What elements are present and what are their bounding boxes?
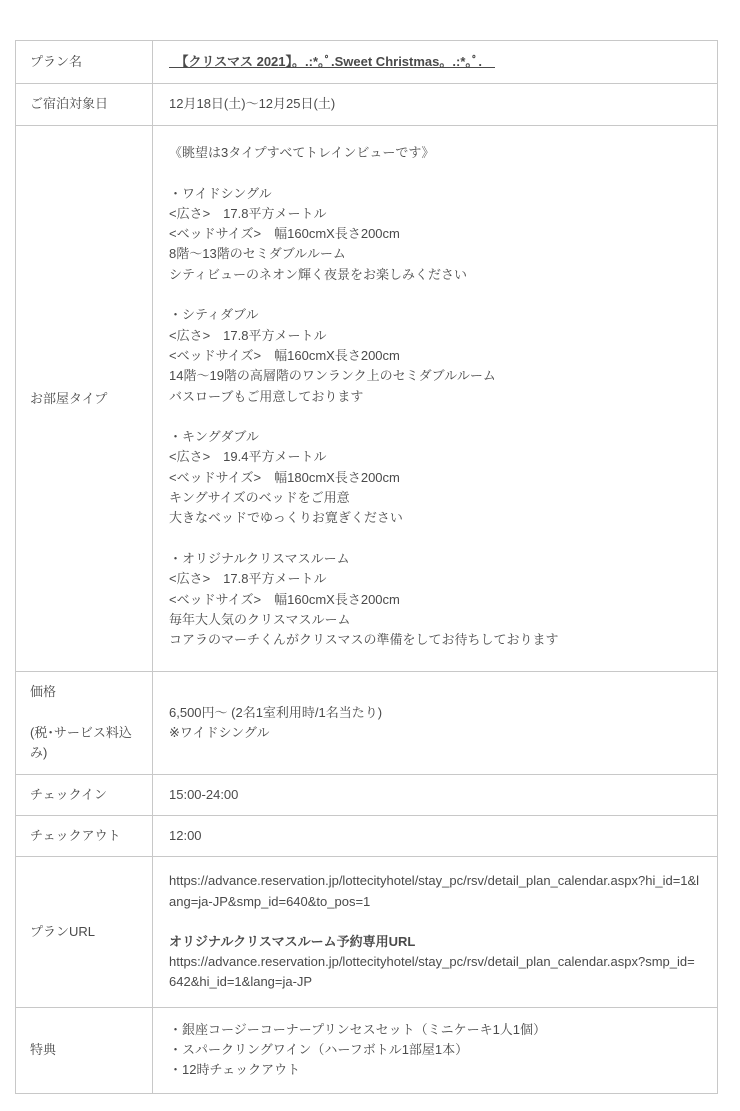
row-label-checkin: チェックイン <box>16 774 153 815</box>
row-plan-name: プラン名 【クリスマス 2021】。.:*｡ﾟ.Sweet Christmas。… <box>16 41 718 84</box>
row-label-plan-url: プランURL <box>16 857 153 1007</box>
benefit-item: ・12時チェックアウト <box>169 1060 701 1080</box>
plan-url-cell: https://advance.reservation.jp/lottecity… <box>153 857 718 1007</box>
room-type-value: 《眺望は3タイプすべてトレインビューです》 ・ワイドシングル <広さ> 17.8… <box>153 126 718 672</box>
original-room-url-label: オリジナルクリスマスルーム予約専用URL <box>169 932 701 952</box>
benefit-item: ・スパークリングワイン（ハーフボトル1部屋1本） <box>169 1040 701 1060</box>
row-label-price: 価格 (税･サービス料込み) <box>16 672 153 774</box>
benefit-item: ・銀座コージーコーナープリンセスセット（ミニケーキ1人1個） <box>169 1020 701 1040</box>
row-label-dates: ご宿泊対象日 <box>16 84 153 126</box>
row-label-room-type: お部屋タイプ <box>16 126 153 672</box>
plan-url-main: https://advance.reservation.jp/lottecity… <box>169 871 701 912</box>
plan-url-original: https://advance.reservation.jp/lottecity… <box>169 952 701 993</box>
row-label-plan-name: プラン名 <box>16 41 153 84</box>
row-checkout: チェックアウト 12:00 <box>16 815 718 856</box>
plan-detail-table: プラン名 【クリスマス 2021】。.:*｡ﾟ.Sweet Christmas。… <box>15 40 718 1094</box>
price-value: 6,500円～ (2名1室利用時/1名当たり) ※ワイドシングル <box>153 672 718 774</box>
row-label-checkout: チェックアウト <box>16 815 153 856</box>
checkin-value: 15:00-24:00 <box>153 774 718 815</box>
plan-name-link[interactable]: 【クリスマス 2021】。.:*｡ﾟ.Sweet Christmas。.:*｡ﾟ… <box>169 54 495 69</box>
row-price: 価格 (税･サービス料込み) 6,500円～ (2名1室利用時/1名当たり) ※… <box>16 672 718 774</box>
benefits-cell: ・銀座コージーコーナープリンセスセット（ミニケーキ1人1個） ・スパークリングワ… <box>153 1007 718 1093</box>
row-checkin: チェックイン 15:00-24:00 <box>16 774 718 815</box>
plan-name-cell: 【クリスマス 2021】。.:*｡ﾟ.Sweet Christmas。.:*｡ﾟ… <box>153 41 718 84</box>
row-label-benefits: 特典 <box>16 1007 153 1093</box>
row-plan-url: プランURL https://advance.reservation.jp/lo… <box>16 857 718 1007</box>
checkout-value: 12:00 <box>153 815 718 856</box>
dates-value: 12月18日(土)～12月25日(土) <box>153 84 718 126</box>
row-benefits: 特典 ・銀座コージーコーナープリンセスセット（ミニケーキ1人1個） ・スパークリ… <box>16 1007 718 1093</box>
row-dates: ご宿泊対象日 12月18日(土)～12月25日(土) <box>16 84 718 126</box>
row-room-type: お部屋タイプ 《眺望は3タイプすべてトレインビューです》 ・ワイドシングル <広… <box>16 126 718 672</box>
